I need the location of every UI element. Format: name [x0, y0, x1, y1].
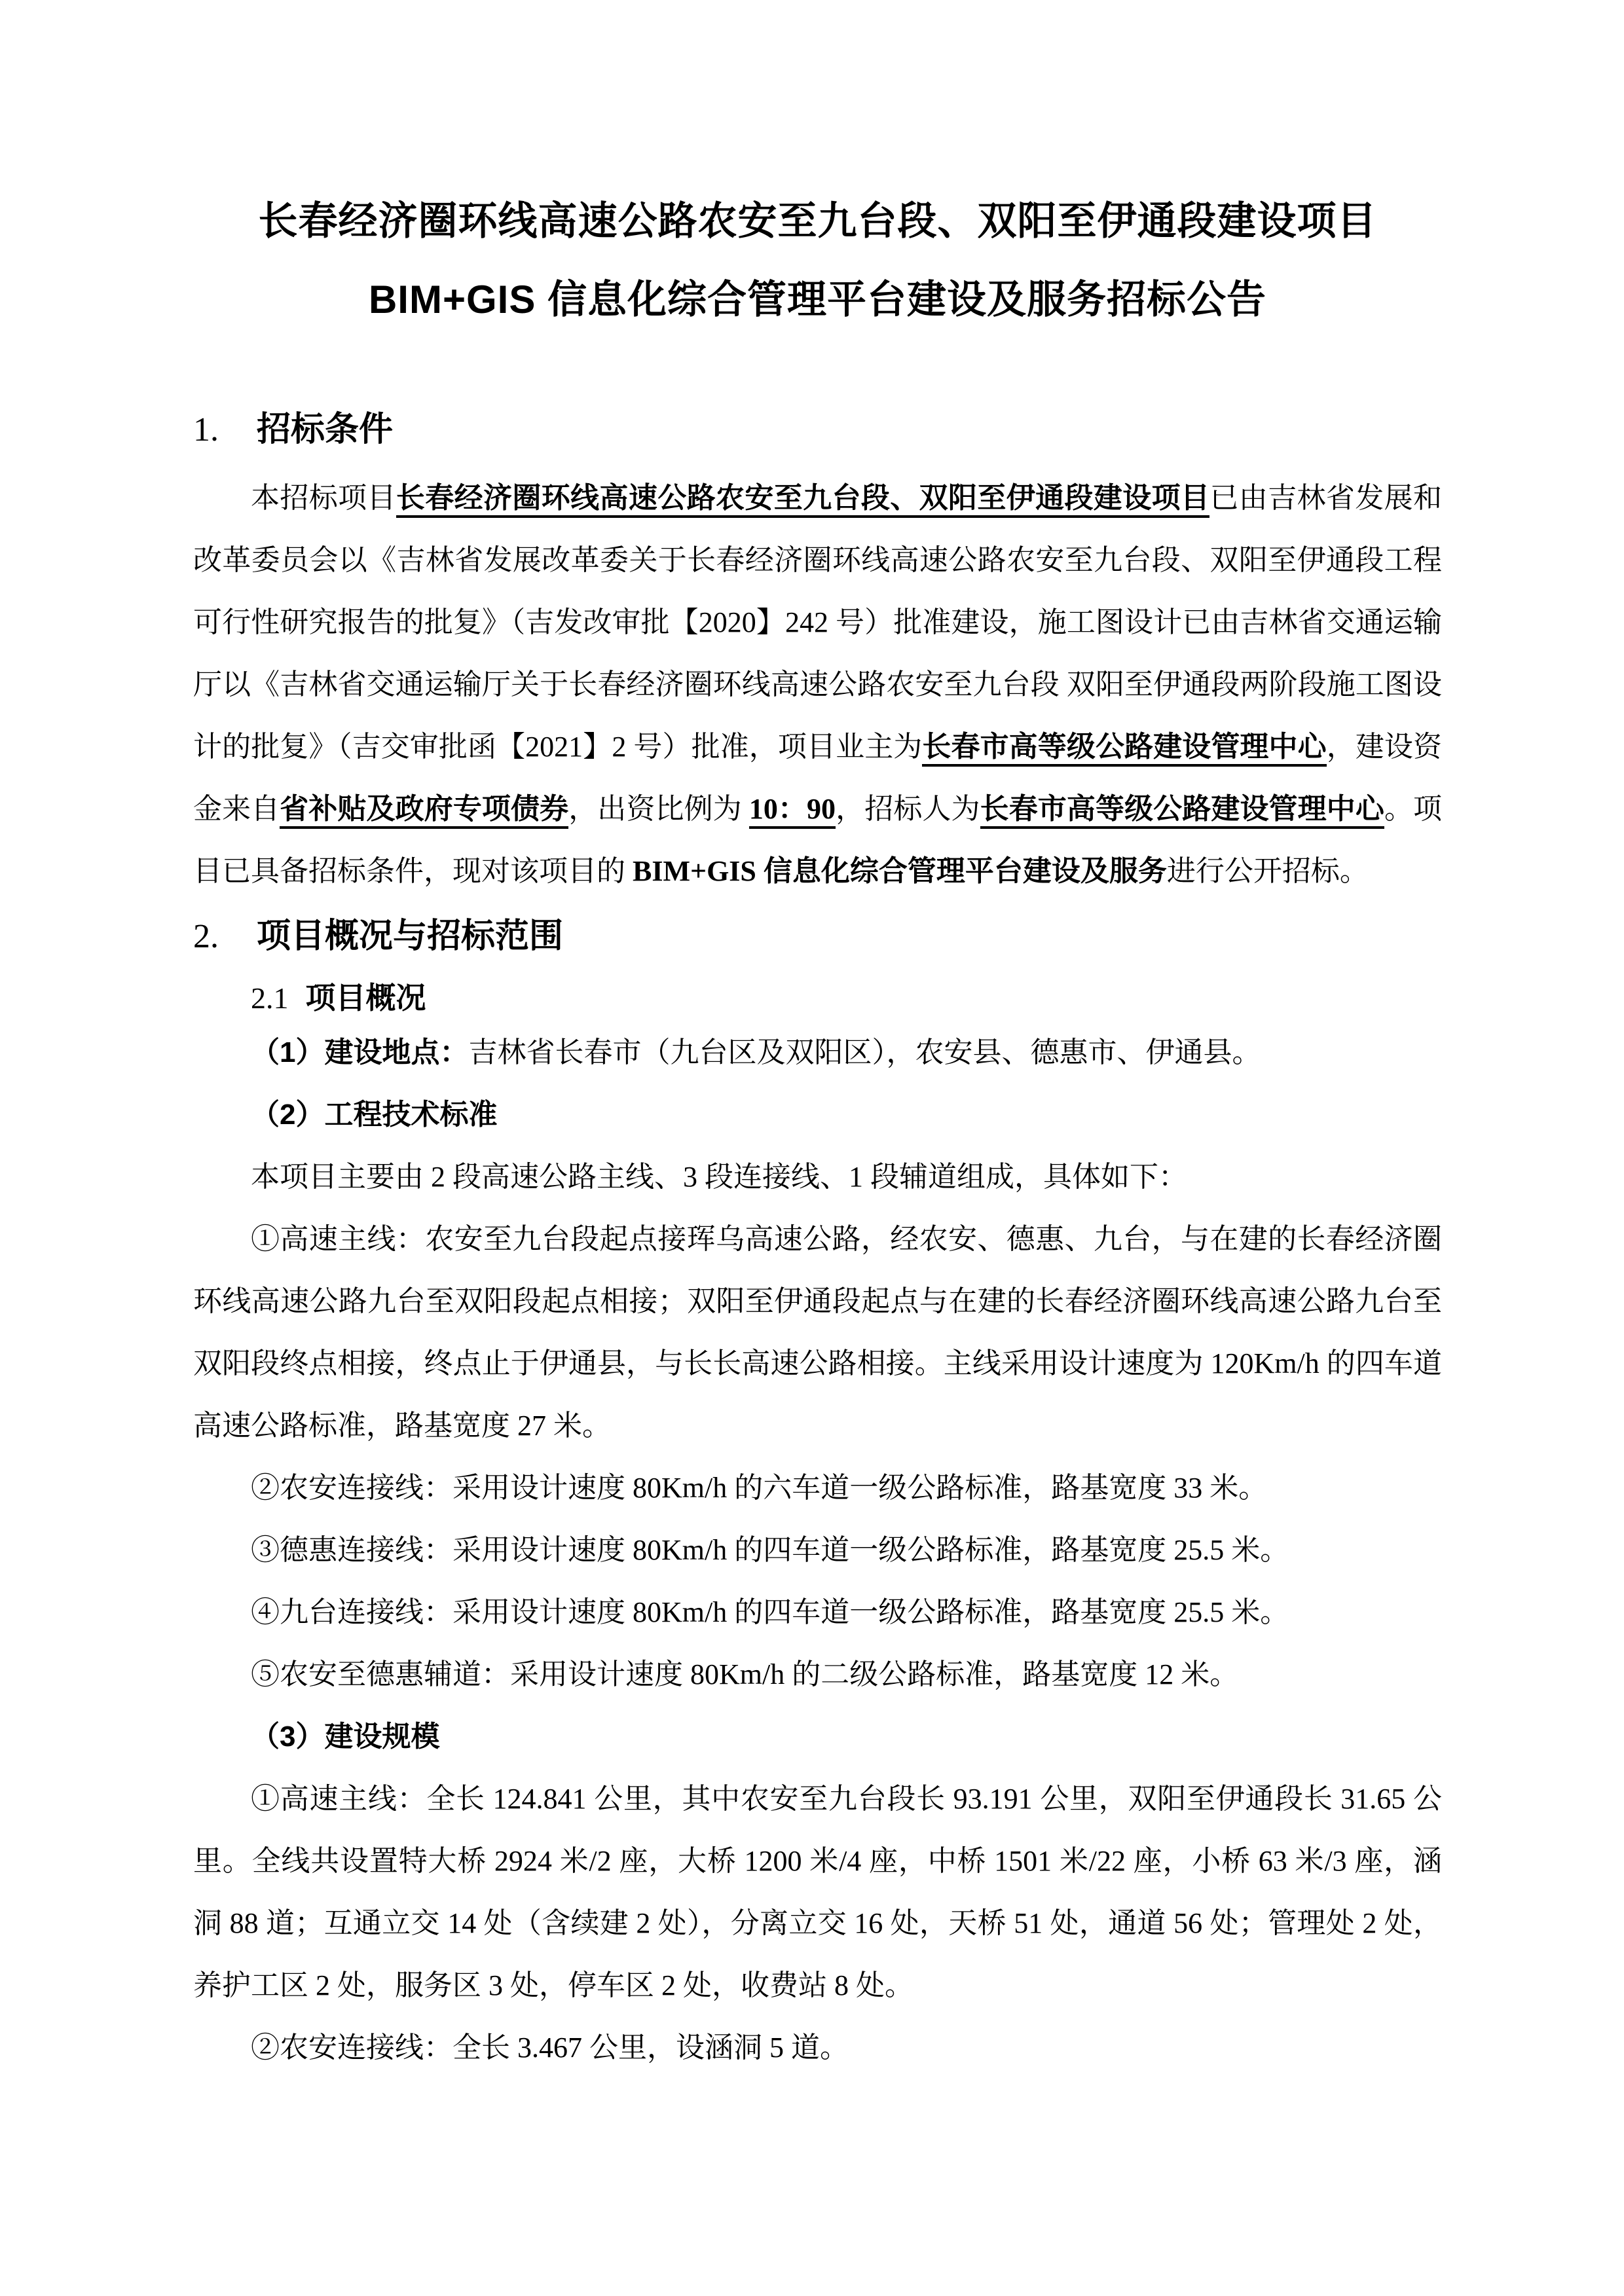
paragraph-dehui-link-standard: ③德惠连接线：采用设计速度 80Km/h 的四车道一级公路标准，路基宽度 25.…	[193, 1519, 1442, 1581]
text-run: ②农安连接线：采用设计速度 80Km/h 的六车道一级公路标准，路基宽度 33 …	[251, 1472, 1267, 1504]
item-2-label: （2）工程技术标准	[251, 1099, 497, 1131]
section-2-heading-label: 项目概况与招标范围	[257, 917, 563, 955]
item-2-technical-standard: （2）工程技术标准	[193, 1084, 1442, 1146]
text-run: ⑤农安至德惠辅道：采用设计速度 80Km/h 的二级公路标准，路基宽度 12 米…	[251, 1658, 1238, 1690]
project-owner-underlined: 长春市高等级公路建设管理中心	[922, 731, 1326, 767]
paragraph-scale-nongan-link: ②农安连接线：全长 3.467 公里，设涵洞 5 道。	[193, 2016, 1442, 2079]
section-2-number: 2.	[193, 918, 219, 955]
text-run: ①高速主线：全长 124.841 公里，其中农安至九台段长 93.191 公里，…	[193, 1783, 1442, 2001]
section-1-heading-label: 招标条件	[257, 410, 393, 448]
funding-ratio-underlined: 10：90	[749, 793, 836, 829]
section-1-heading: 1.招标条件	[193, 409, 1442, 451]
item-1-label: （1）建设地点：	[251, 1036, 468, 1068]
paragraph-auxiliary-road-standard: ⑤农安至德惠辅道：采用设计速度 80Km/h 的二级公路标准，路基宽度 12 米…	[193, 1643, 1442, 1705]
text-run: ②农安连接线：全长 3.467 公里，设涵洞 5 道。	[251, 2032, 849, 2064]
text-run: 本招标项目	[251, 482, 396, 514]
subsection-2-1-heading: 2.1项目概况	[193, 975, 1442, 1021]
item-1-text: 吉林省长春市（九台区及双阳区），农安县、德惠市、伊通县。	[468, 1036, 1261, 1068]
text-run: 进行公开招标。	[1167, 855, 1369, 887]
paragraph-jiutai-link-standard: ④九台连接线：采用设计速度 80Km/h 的四车道一级公路标准，路基宽度 25.…	[193, 1581, 1442, 1643]
document-title-line-2: BIM+GIS 信息化综合管理平台建设及服务招标公告	[193, 275, 1442, 325]
item-3-construction-scale: （3）建设规模	[193, 1705, 1442, 1768]
item-1-construction-site: （1）建设地点：吉林省长春市（九台区及双阳区），农安县、德惠市、伊通县。	[193, 1021, 1442, 1084]
document-title-line-1: 长春经济圈环线高速公路农安至九台段、双阳至伊通段建设项目	[193, 196, 1442, 246]
text-run: ，出资比例为	[568, 793, 749, 825]
item-3-label: （3）建设规模	[251, 1721, 439, 1753]
text-run: ①高速主线：农安至九台段起点接珲乌高速公路，经农安、德惠、九台，与在建的长春经济…	[193, 1223, 1442, 1442]
section-1-number: 1.	[193, 411, 219, 448]
paragraph-project-composition: 本项目主要由 2 段高速公路主线、3 段连接线、1 段辅道组成，具体如下：	[193, 1146, 1442, 1208]
platform-name-bold: BIM+GIS 信息化综合管理平台建设及服务	[633, 855, 1167, 887]
text-run: 本项目主要由 2 段高速公路主线、3 段连接线、1 段辅道组成，具体如下：	[251, 1161, 1187, 1193]
funding-source-underlined: 省补贴及政府专项债券	[280, 793, 568, 829]
project-name-underlined: 长春经济圈环线高速公路农安至九台段、双阳至伊通段建设项目	[396, 482, 1210, 518]
subsection-2-1-number: 2.1	[251, 981, 289, 1015]
paragraph-scale-mainline: ①高速主线：全长 124.841 公里，其中农安至九台段长 93.191 公里，…	[193, 1768, 1442, 2016]
paragraph-nongan-link-standard: ②农安连接线：采用设计速度 80Km/h 的六车道一级公路标准，路基宽度 33 …	[193, 1457, 1442, 1519]
section-2-heading: 2.项目概况与招标范围	[193, 915, 1442, 958]
text-run: ④九台连接线：采用设计速度 80Km/h 的四车道一级公路标准，路基宽度 25.…	[251, 1596, 1289, 1628]
subsection-2-1-heading-label: 项目概况	[306, 981, 426, 1015]
section-1-paragraph: 本招标项目长春经济圈环线高速公路农安至九台段、双阳至伊通段建设项目已由吉林省发展…	[193, 467, 1442, 902]
text-run: ③德惠连接线：采用设计速度 80Km/h 的四车道一级公路标准，路基宽度 25.…	[251, 1534, 1289, 1566]
document-page: 长春经济圈环线高速公路农安至九台段、双阳至伊通段建设项目 BIM+GIS 信息化…	[0, 0, 1624, 2296]
paragraph-mainline-standard: ①高速主线：农安至九台段起点接珲乌高速公路，经农安、德惠、九台，与在建的长春经济…	[193, 1208, 1442, 1457]
tenderee-underlined: 长春市高等级公路建设管理中心	[980, 793, 1384, 829]
text-run: ，招标人为	[836, 793, 980, 825]
text-run: 已由吉林省发展和改革委员会以《吉林省发展改革委关于长春经济圈环线高速公路农安至九…	[193, 482, 1442, 763]
